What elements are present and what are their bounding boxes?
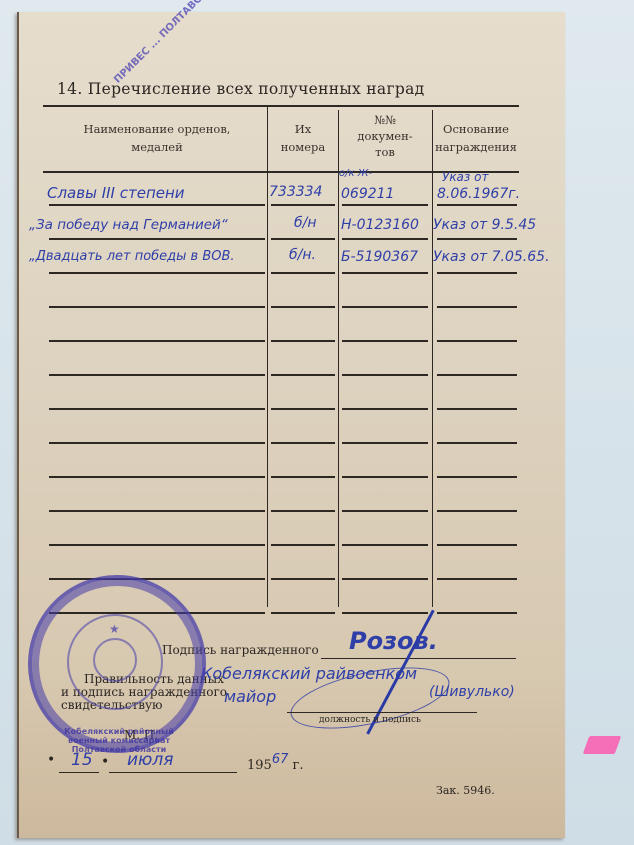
date-quote-close: • <box>101 754 109 770</box>
date-quote-open: • <box>47 752 55 768</box>
date-year: 19567 г. <box>247 758 303 773</box>
month-line <box>109 772 237 773</box>
year-printed: 195 <box>247 758 272 773</box>
date-day: 15 <box>71 750 93 770</box>
position-signature-caption: должность и подпись <box>319 715 421 725</box>
position-signature-line <box>287 712 477 713</box>
header-award-name: Наименование орденов, медалей <box>49 120 265 156</box>
award-certificate-page: ПРИВЕС ... ПОЛТАВСК. 14. Перечисление вс… <box>17 12 565 838</box>
official-rank: майор <box>224 687 276 706</box>
row3-document: Б-5190367 <box>341 249 418 265</box>
header-numbers: Их номера <box>269 120 337 156</box>
year-handwritten: 67 <box>272 752 289 767</box>
header-basis: Основание награждения <box>433 120 519 156</box>
row1-award-name: Славы III степени <box>47 184 185 202</box>
row1-number: 733334 <box>269 184 322 200</box>
corner-ink-stamp: ПРИВЕС ... ПОЛТАВСК. <box>112 0 212 86</box>
column-divider-1 <box>267 107 268 607</box>
section-title: 14. Перечисление всех полученных наград <box>57 80 425 98</box>
recipient-signature: Розов. <box>349 627 438 655</box>
official-round-seal: ★ Кобелякский районный военный комиссари… <box>28 575 206 753</box>
coat-of-arms-emblem: ★ <box>67 614 163 710</box>
table-top-border <box>43 105 519 107</box>
section-title-text: Перечисление всех полученных наград <box>88 80 425 98</box>
section-number: 14. <box>57 80 83 98</box>
row1-basis-line2: 8.06.1967г. <box>437 186 520 202</box>
recipient-signature-line <box>321 658 516 659</box>
row2-basis: Указ от 9.5.45 <box>433 217 536 233</box>
row1-document-prefix: о/к Ж- <box>339 168 372 179</box>
header-documents: №№ докумен- тов <box>340 112 430 160</box>
row2-document: Н-0123160 <box>341 217 419 233</box>
row3-basis: Указ от 7.05.65. <box>433 249 550 265</box>
row3-number: б/н. <box>289 247 316 263</box>
row2-award-name: „За победу над Германией“ <box>29 217 228 233</box>
column-divider-2 <box>338 110 339 607</box>
column-divider-3 <box>432 110 433 607</box>
order-number: Зак. 5946. <box>436 784 495 797</box>
day-line <box>59 772 99 773</box>
date-month: июля <box>127 750 173 770</box>
pink-marker-sticker <box>583 736 622 754</box>
year-suffix: г. <box>293 758 304 773</box>
row3-award-name: „Двадцать лет победы в ВОВ. <box>29 249 235 264</box>
row1-document: 069211 <box>341 186 394 202</box>
row1-basis-line1: Указ от <box>442 170 488 184</box>
row2-number: б/н <box>294 215 317 231</box>
